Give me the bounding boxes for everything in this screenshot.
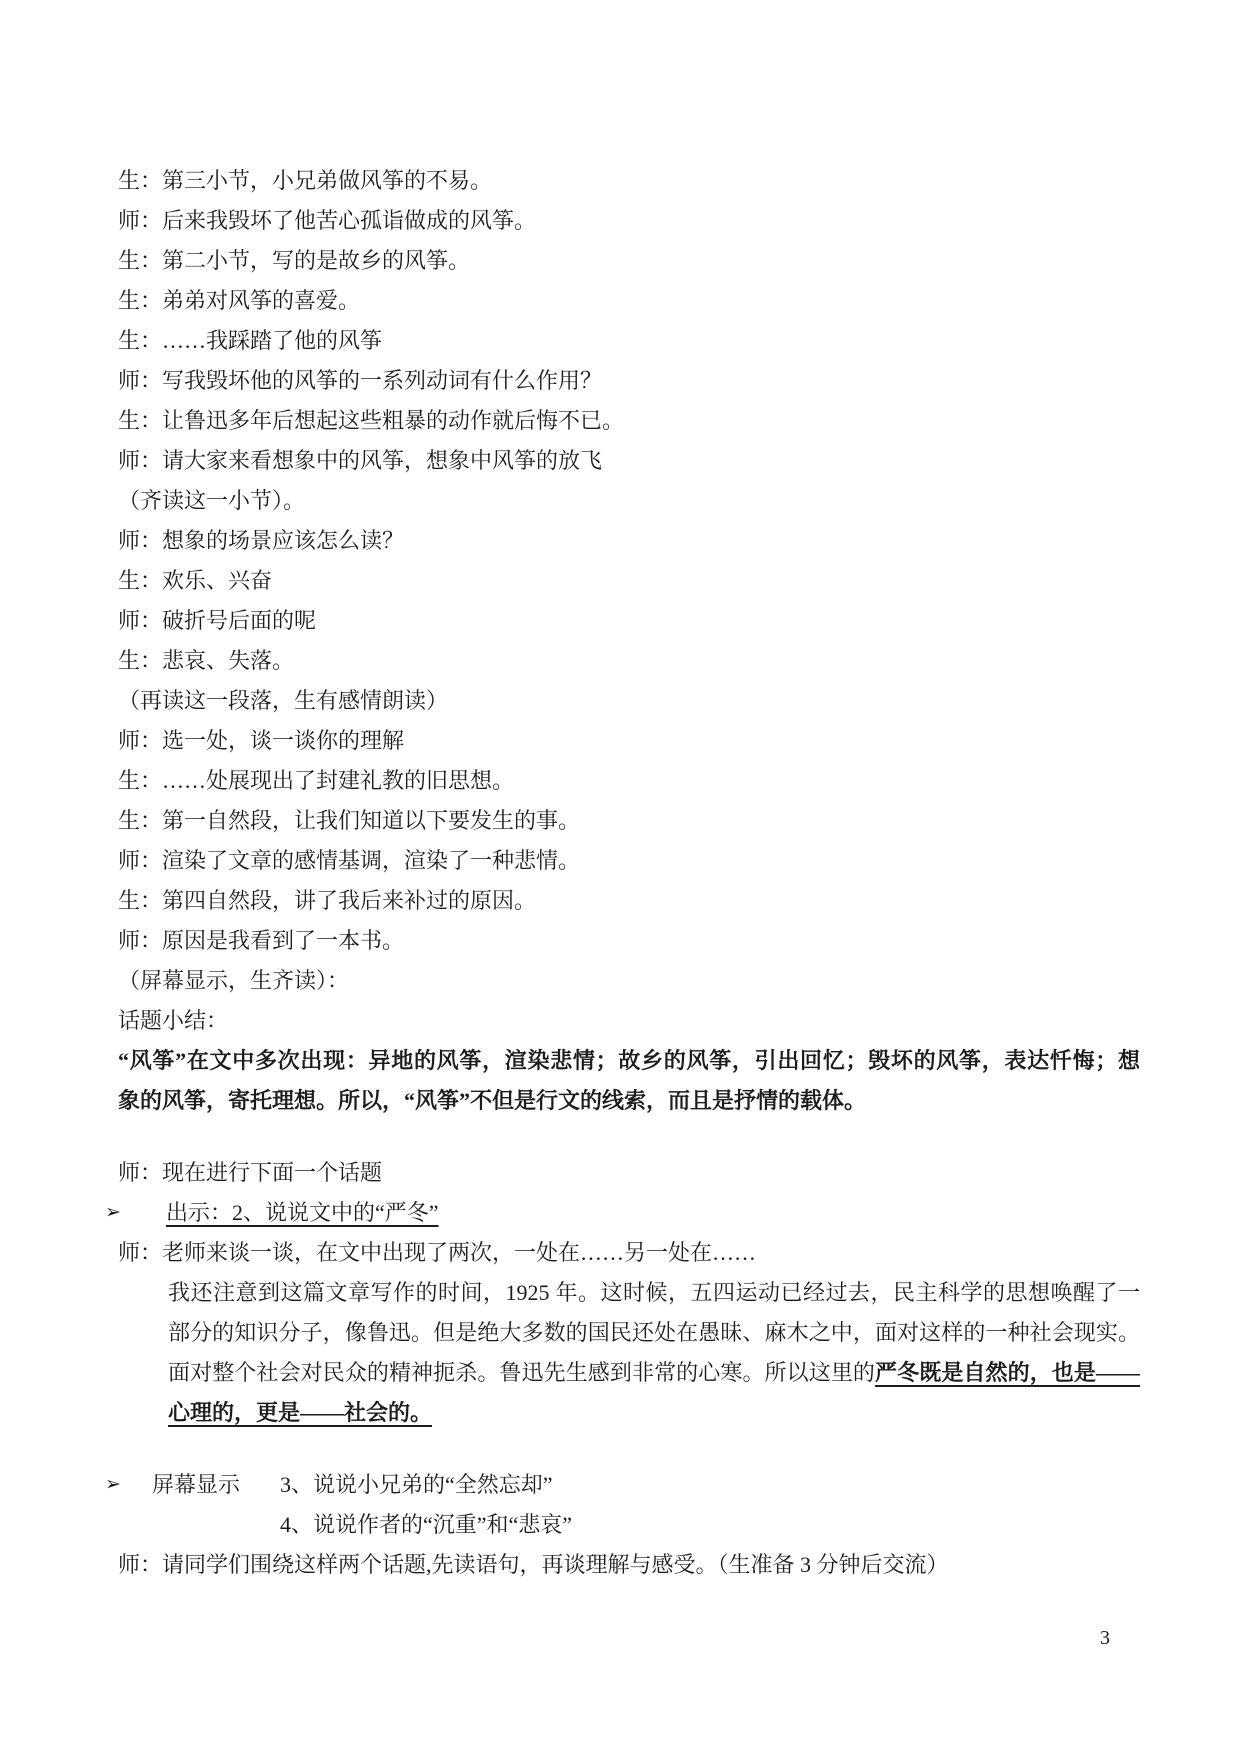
text-segment: 严冬既是自然的，也是—— [875, 1360, 1140, 1385]
text-segment: 4、说说作者的“沉重”和“悲哀” [280, 1512, 572, 1537]
text-segment: 生：……处展现出了封建礼教的旧思想。 [118, 768, 514, 793]
text-segment: 生：……我踩踏了他的风筝 [118, 328, 382, 353]
text-segment: 师：请大家来看想象中的风筝，想象中风筝的放飞 [118, 448, 602, 473]
text-segment: 生：第三小节，小兄弟做风筝的不易。 [118, 168, 492, 193]
dialogue-line: 师：老师来谈一谈，在文中出现了两次，一处在……另一处在…… [118, 1233, 1140, 1273]
stage-direction-line: （再读这一段落，生有感情朗读） [118, 681, 1140, 721]
text-segment: 师：原因是我看到了一本书。 [118, 928, 404, 953]
text-segment: 心理的，更是——社会的。 [168, 1400, 432, 1425]
text-segment: 师：请同学们围绕这样两个话题,先读语句，再谈理解与感受。（生准备 3 分钟后交流… [118, 1552, 949, 1577]
summary-heading: 话题小结： [118, 1001, 1140, 1041]
summary-bold-line: 象的风筝，寄托理想。所以，“风筝”不但是行文的线索，而且是抒情的载体。 [118, 1081, 1140, 1121]
text-segment: 面对整个社会对民众的精神扼杀。鲁迅先生感到非常的心寒。所以这里的 [168, 1360, 875, 1385]
text-segment: 师：想象的场景应该怎么读？ [118, 528, 404, 553]
dialogue-line: 生：第一自然段，让我们知道以下要发生的事。 [118, 801, 1140, 841]
text-segment: 象的风筝，寄托理想。所以，“风筝”不但是行文的线索，而且是抒情的载体。 [118, 1088, 866, 1113]
bullet-item: ➢出示：2、说说文中的“严冬” [118, 1193, 1140, 1233]
dialogue-line: 师：请同学们围绕这样两个话题,先读语句，再谈理解与感受。（生准备 3 分钟后交流… [118, 1545, 1140, 1585]
text-segment: 生：第四自然段，讲了我后来补过的原因。 [118, 888, 536, 913]
dialogue-line: 生：弟弟对风筝的喜爱。 [118, 281, 1140, 321]
text-segment: 师：写我毁坏他的风筝的一系列动词有什么作用？ [118, 368, 602, 393]
teacher-note-line: 部分的知识分子，像鲁迅。但是绝大多数的国民还处在愚昧、麻木之中，面对这样的一种社… [118, 1313, 1140, 1353]
text-segment: 话题小结： [118, 1008, 228, 1033]
text-segment: 生：第二小节，写的是故乡的风筝。 [118, 248, 470, 273]
dialogue-line: 师：原因是我看到了一本书。 [118, 921, 1140, 961]
teacher-note-line: 我还注意到这篇文章写作的时间，1925 年。这时候，五四运动已经过去，民主科学的… [118, 1273, 1140, 1313]
bullet-item: ➢屏幕显示3、说说小兄弟的“全然忘却” [118, 1465, 1140, 1505]
text-segment: 生：让鲁迅多年后想起这些粗暴的动作就后悔不已。 [118, 408, 624, 433]
text-segment: 师：现在进行下面一个话题 [118, 1160, 382, 1185]
teacher-note-line: 面对整个社会对民众的精神扼杀。鲁迅先生感到非常的心寒。所以这里的严冬既是自然的，… [118, 1353, 1140, 1393]
text-segment: （屏幕显示，生齐读）： [118, 968, 349, 993]
text-segment: 师：老师来谈一谈，在文中出现了两次，一处在……另一处在…… [118, 1240, 756, 1265]
page-number: 3 [1100, 1625, 1110, 1651]
dialogue-line: 师：后来我毁坏了他苦心孤诣做成的风筝。 [118, 201, 1140, 241]
teacher-note-line: 心理的，更是——社会的。 [118, 1393, 1140, 1433]
text-segment: 师：破折号后面的呢 [118, 608, 316, 633]
dialogue-line: 生：……处展现出了封建礼教的旧思想。 [118, 761, 1140, 801]
document-page: 生：第三小节，小兄弟做风筝的不易。师：后来我毁坏了他苦心孤诣做成的风筝。生：第二… [0, 0, 1241, 1754]
dialogue-line: 生：第三小节，小兄弟做风筝的不易。 [118, 161, 1140, 201]
dialogue-line: 生：悲哀、失落。 [118, 641, 1140, 681]
dialogue-line: 生：让鲁迅多年后想起这些粗暴的动作就后悔不已。 [118, 401, 1140, 441]
summary-bold-line: “风筝”在文中多次出现：异地的风筝，渲染悲情；故乡的风筝，引出回忆；毁坏的风筝，… [118, 1041, 1140, 1081]
text-segment: 屏幕显示 [152, 1472, 240, 1497]
dialogue-line: 生：第二小节，写的是故乡的风筝。 [118, 241, 1140, 281]
text-segment: 出示：2、说说文中的“严冬” [166, 1200, 439, 1225]
text-segment: 3、说说小兄弟的“全然忘却” [280, 1472, 553, 1497]
text-segment: （再读这一段落，生有感情朗读） [118, 688, 448, 713]
text-segment: 生：欢乐、兴奋 [118, 568, 272, 593]
dialogue-line: 师：请大家来看想象中的风筝，想象中风筝的放飞 [118, 441, 1140, 481]
dialogue-line: 生：……我踩踏了他的风筝 [118, 321, 1140, 361]
dialogue-line: 师：选一处，谈一谈你的理解 [118, 721, 1140, 761]
text-segment: “风筝”在文中多次出现：异地的风筝，渲染悲情；故乡的风筝，引出回忆；毁坏的风筝，… [118, 1048, 1140, 1073]
dialogue-line: 生：第四自然段，讲了我后来补过的原因。 [118, 881, 1140, 921]
spacer [118, 1433, 1140, 1465]
text-segment: 师：后来我毁坏了他苦心孤诣做成的风筝。 [118, 208, 536, 233]
text-segment: （齐读这一小节）。 [118, 488, 305, 513]
spacer [118, 1121, 1140, 1153]
text-segment: 生：弟弟对风筝的喜爱。 [118, 288, 360, 313]
text-segment: 师：选一处，谈一谈你的理解 [118, 728, 404, 753]
arrowhead-bullet-icon: ➢ [105, 1465, 121, 1505]
dialogue-line: 师：想象的场景应该怎么读？ [118, 521, 1140, 561]
text-segment: 生：悲哀、失落。 [118, 648, 294, 673]
text-segment: 我还注意到这篇文章写作的时间，1925 年。这时候，五四运动已经过去，民主科学的… [168, 1280, 1140, 1305]
stage-direction-line: （屏幕显示，生齐读）： [118, 961, 1140, 1001]
numbered-item: 4、说说作者的“沉重”和“悲哀” [118, 1505, 1140, 1545]
text-segment: 生：第一自然段，让我们知道以下要发生的事。 [118, 808, 580, 833]
document-body: 生：第三小节，小兄弟做风筝的不易。师：后来我毁坏了他苦心孤诣做成的风筝。生：第二… [118, 161, 1140, 1585]
dialogue-line: 师：渲染了文章的感情基调，渲染了一种悲情。 [118, 841, 1140, 881]
dialogue-line: 师：写我毁坏他的风筝的一系列动词有什么作用？ [118, 361, 1140, 401]
stage-direction-line: （齐读这一小节）。 [118, 481, 1140, 521]
dialogue-line: 师：破折号后面的呢 [118, 601, 1140, 641]
text-segment: 部分的知识分子，像鲁迅。但是绝大多数的国民还处在愚昧、麻木之中，面对这样的一种社… [168, 1320, 1140, 1345]
arrowhead-bullet-icon: ➢ [105, 1193, 121, 1233]
dialogue-line: 生：欢乐、兴奋 [118, 561, 1140, 601]
dialogue-line: 师：现在进行下面一个话题 [118, 1153, 1140, 1193]
text-segment: 师：渲染了文章的感情基调，渲染了一种悲情。 [118, 848, 580, 873]
